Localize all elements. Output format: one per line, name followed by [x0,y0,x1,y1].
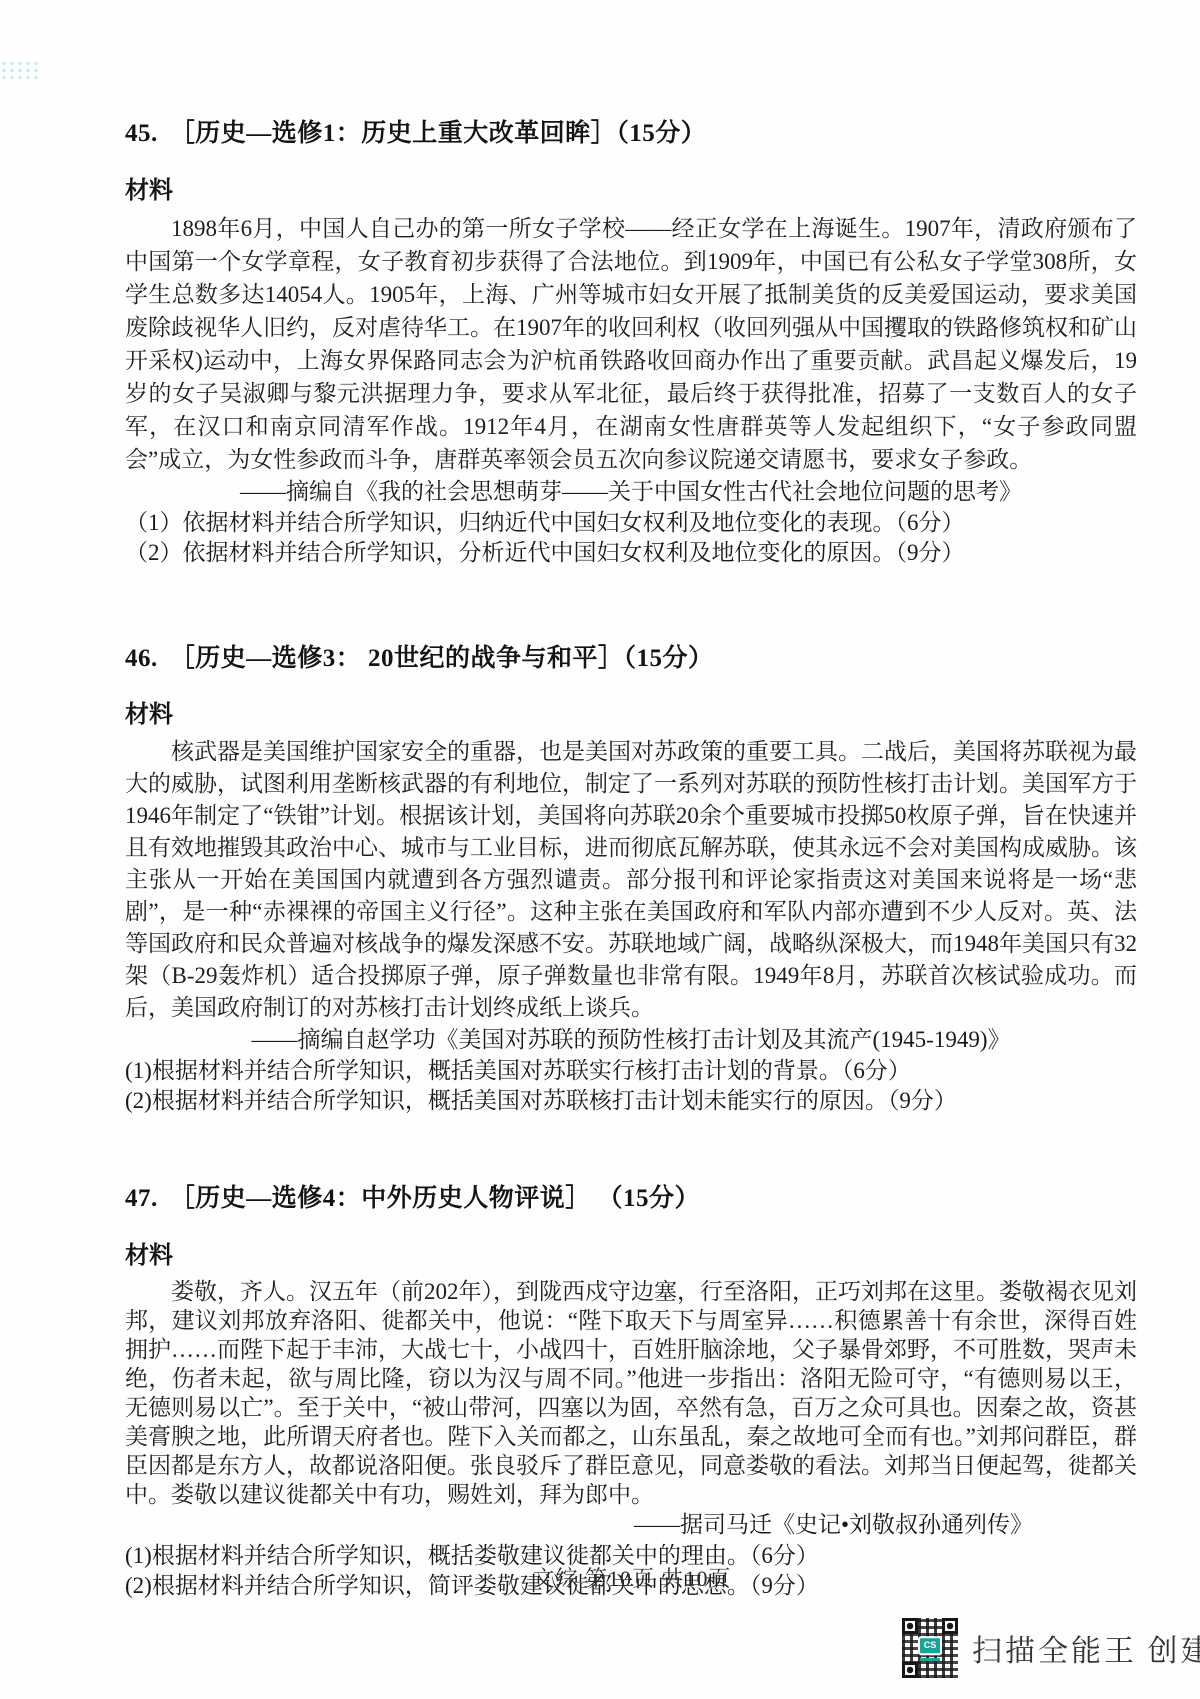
source-line: ——据司马迁《史记•刘敬叔孙通列传》 [125,1509,1137,1541]
source-line: ——摘编自《我的社会思想萌芽——关于中国女性古代社会地位问题的思考》 [125,476,1137,508]
scan-artifact [0,60,40,82]
material-text: 娄敬，齐人。汉五年（前202年），到陇西戍守边塞，行至洛阳，正巧刘邦在这里。娄敬… [125,1277,1137,1509]
question-number: 45. [125,120,158,148]
question-45-title: 45.［历史—选修1：历史上重大改革回眸］（15分） [125,113,1137,149]
question-title-text: ［历史—选修4：中外历史人物评说］ （15分） [170,1185,700,1212]
subquestion-1: (1)根据材料并结合所学知识，概括美国对苏联实行核打击计划的背景。（6分） [125,1056,1137,1086]
material-label: 材料 [125,170,1137,205]
question-number: 46. [125,645,158,673]
material-label: 材料 [125,694,1137,729]
question-title-text: ［历史—选修1：历史上重大改革回眸］（15分） [170,120,707,147]
material-text: 核武器是美国维护国家安全的重器，也是美国对苏政策的重要工具。二战后，美国将苏联视… [125,736,1137,1024]
exam-page: 45.［历史—选修1：历史上重大改革回眸］（15分） 材料 1898年6月，中国… [0,0,1200,1699]
camscanner-watermark: CS 扫描全能王 创建 [902,1618,1200,1678]
qr-finder-icon [902,1662,918,1678]
question-45-section: 45.［历史—选修1：历史上重大改革回眸］（15分） 材料 1898年6月，中国… [125,113,1137,568]
question-46-section: 46.［历史—选修3： 20世纪的战争与和平］（15分） 材料 核武器是美国维护… [125,638,1137,1117]
subquestion-1: （1）依据材料并结合所学知识，归纳近代中国妇女权利及地位变化的表现。（6分） [125,508,1137,538]
subquestion-2: （2）依据材料并结合所学知识，分析近代中国妇女权利及地位变化的原因。（9分） [125,538,1137,568]
question-title-text: ［历史—选修3： 20世纪的战争与和平］（15分） [170,645,714,672]
material-text: 1898年6月，中国人自己办的第一所女子学校——经正女学在上海诞生。1907年，… [125,212,1137,476]
qr-finder-icon [902,1618,918,1634]
source-line: ——摘编自赵学功《美国对苏联的预防性核打击计划及其流产(1945-1949)》 [125,1024,1137,1056]
watermark-label: 扫描全能王 创建 [972,1626,1200,1670]
question-number: 47. [125,1185,158,1213]
exam-content: 45.［历史—选修1：历史上重大改革回眸］（15分） 材料 1898年6月，中国… [125,92,1137,1601]
qr-finder-icon [942,1618,958,1634]
material-label: 材料 [125,1235,1137,1270]
qr-code-icon: CS [902,1618,958,1678]
question-47-section: 47.［历史—选修4：中外历史人物评说］ （15分） 材料 娄敬，齐人。汉五年（… [125,1178,1137,1601]
camscanner-logo-bar [920,1658,940,1661]
question-47-title: 47.［历史—选修4：中外历史人物评说］ （15分） [125,1178,1137,1214]
question-46-title: 46.［历史—选修3： 20世纪的战争与和平］（15分） [125,638,1137,674]
page-footer: 文综 第10页 共10页 [32,1562,1200,1593]
subquestion-2: (2)根据材料并结合所学知识，概括美国对苏联核打击计划未能实行的原因。（9分） [125,1086,1137,1116]
camscanner-logo-icon: CS [918,1636,942,1655]
